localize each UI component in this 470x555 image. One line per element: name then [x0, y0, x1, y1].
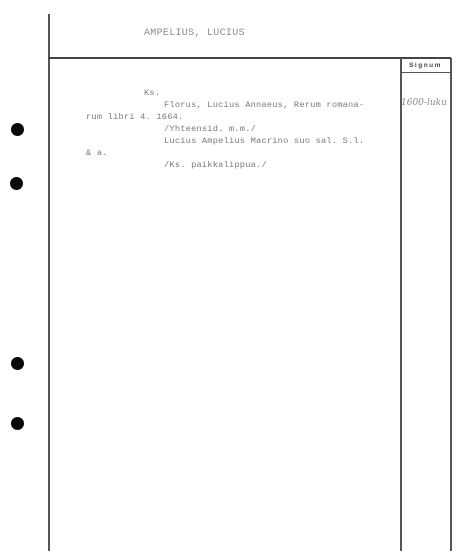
signum-label-divider	[400, 72, 451, 73]
left-margin-line	[48, 14, 50, 551]
punch-hole	[11, 357, 24, 370]
signum-column-left-line	[400, 58, 402, 551]
body-line: Florus, Lucius Annaeus, Rerum romana-	[164, 100, 364, 110]
body-line: /Ks. paikkalippua./	[164, 160, 267, 170]
body-line: /Yhteensid. m.m./	[164, 124, 256, 134]
card-heading: AMPELIUS, LUCIUS	[144, 28, 245, 39]
body-line: rum libri 4. 1664.	[86, 112, 183, 122]
body-line: & a.	[86, 148, 108, 158]
signum-label: Signum	[401, 60, 450, 72]
body-line: Lucius Ampelius Macrino suo sal. S.l.	[164, 136, 364, 146]
punch-hole	[11, 123, 24, 136]
signum-value: 1600-luku	[401, 98, 447, 108]
punch-hole	[10, 177, 23, 190]
punch-hole	[11, 417, 24, 430]
signum-column-right-line	[450, 58, 452, 551]
body-line: Ks.	[144, 88, 160, 98]
header-divider	[48, 57, 451, 59]
